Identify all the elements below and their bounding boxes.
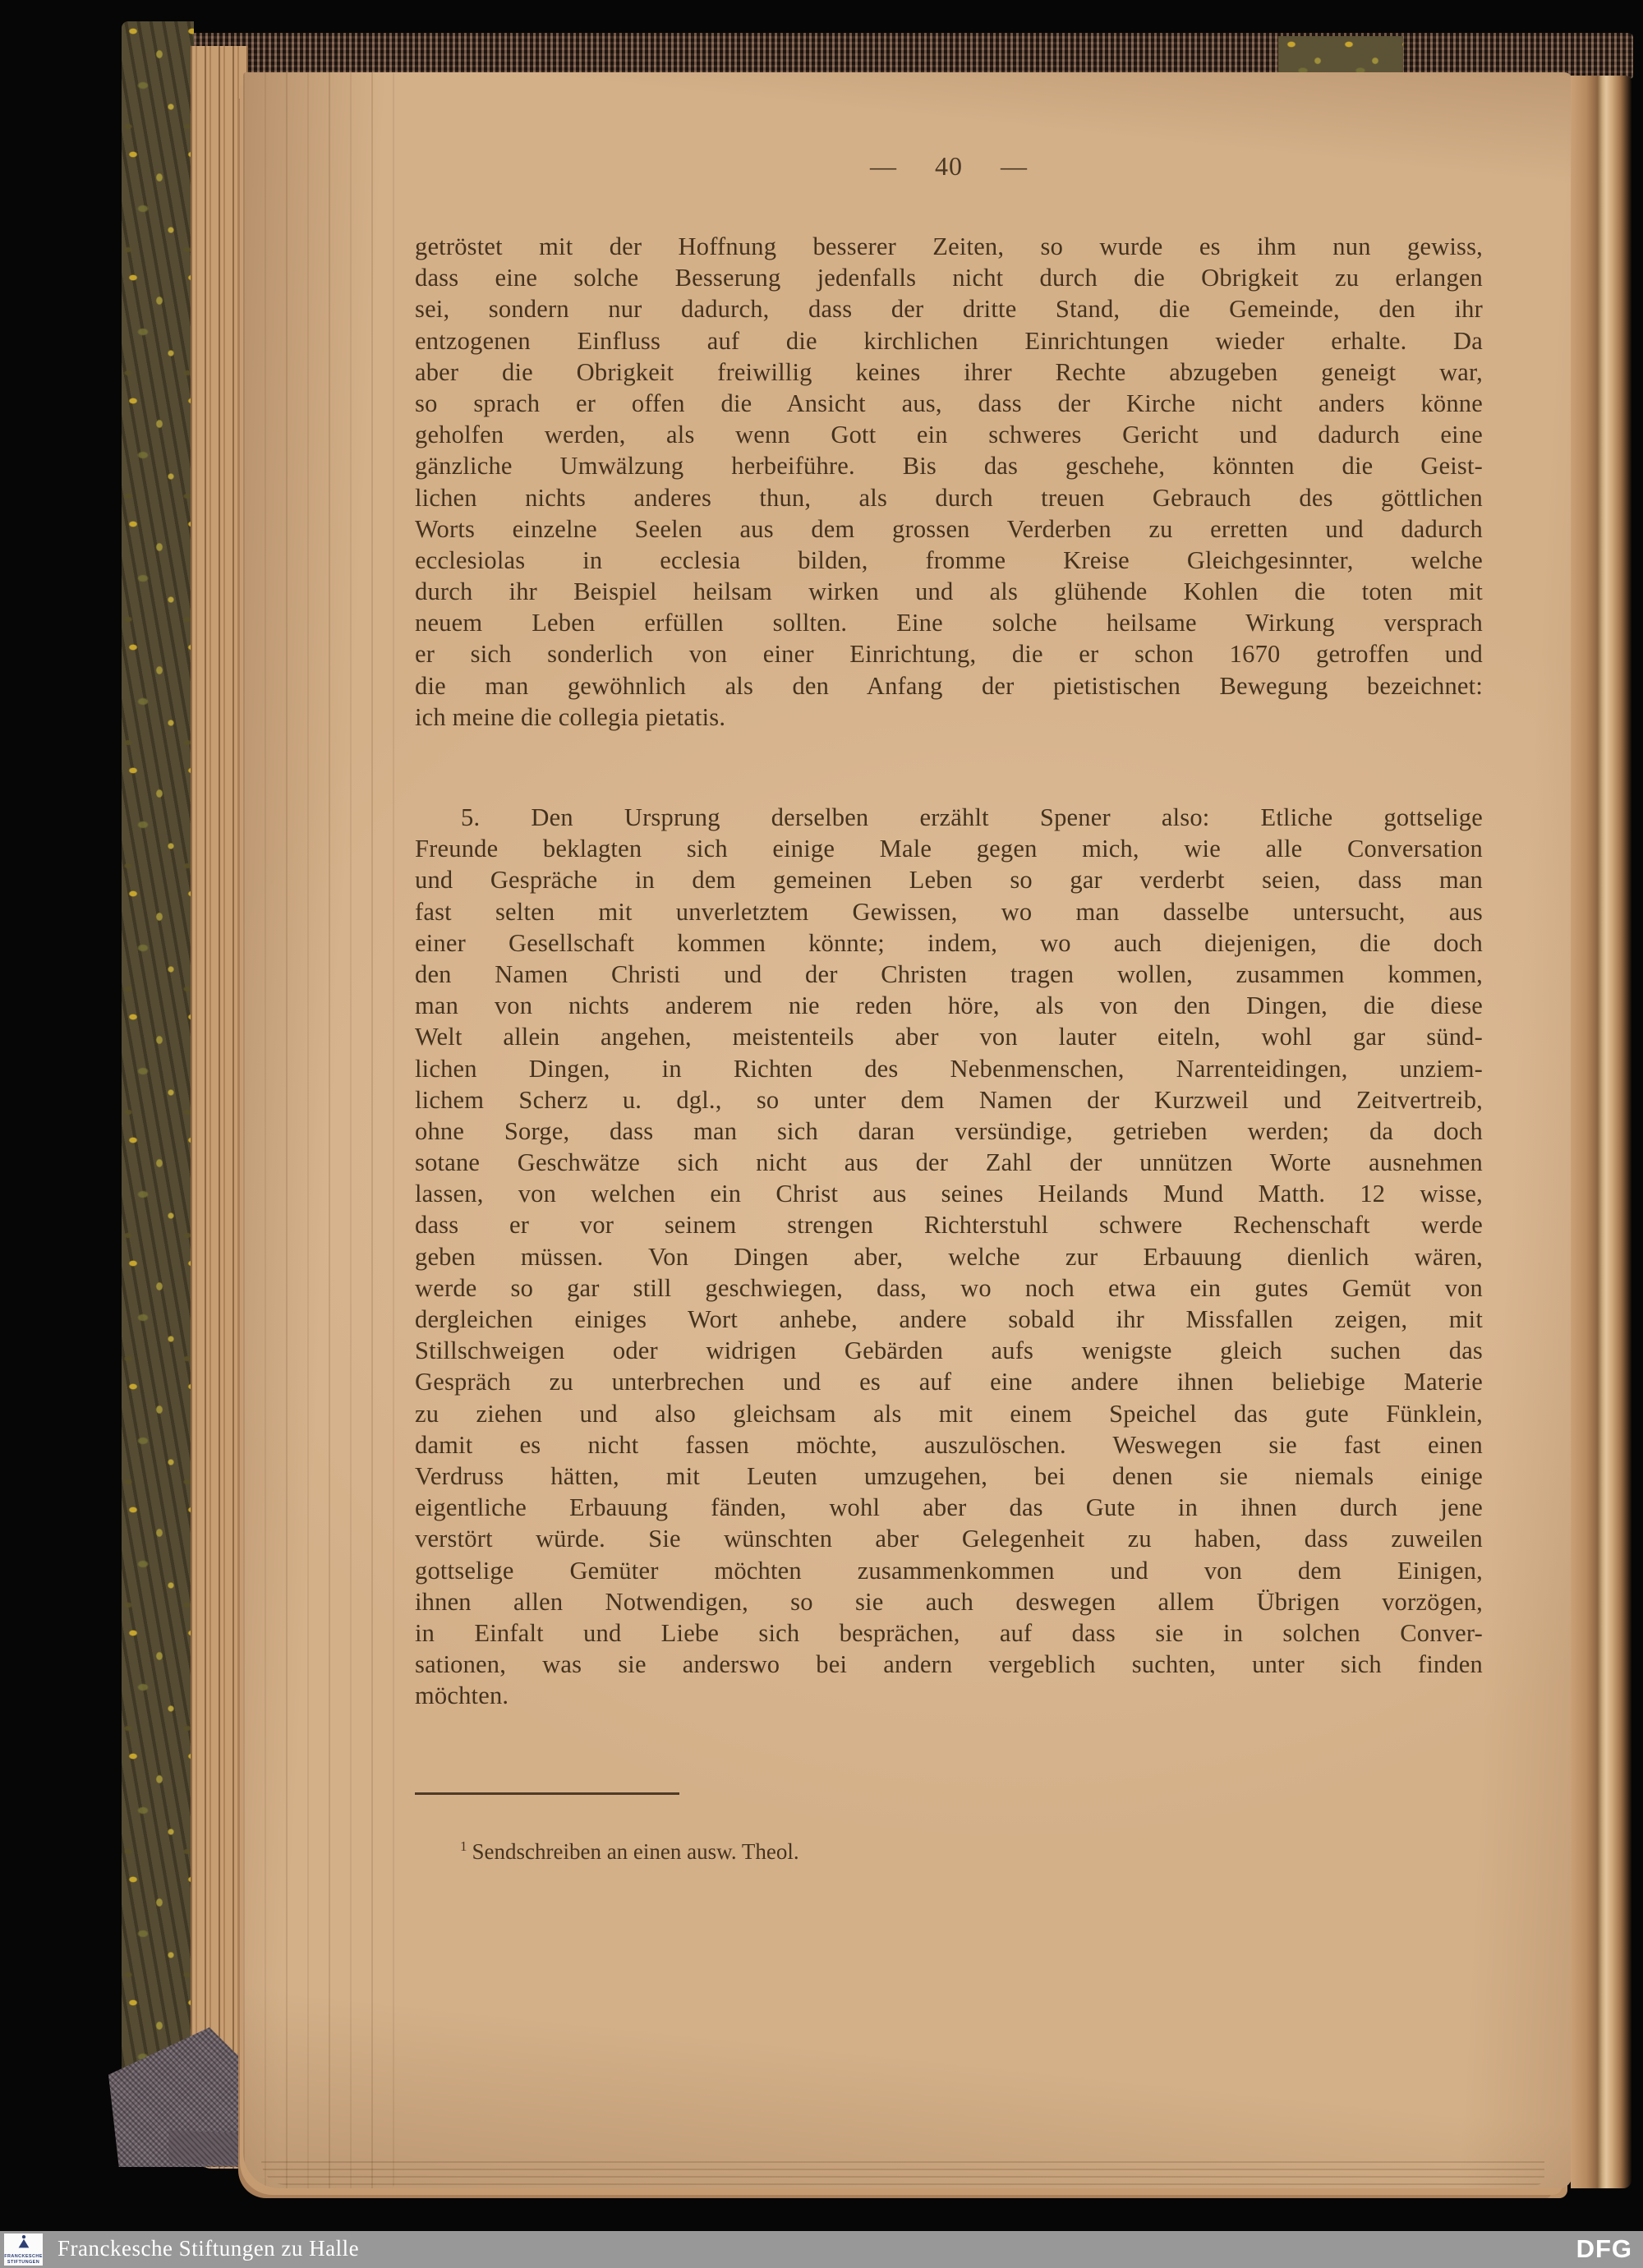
- text-line: eigentliche Erbauung fänden, wohl aber d…: [415, 1492, 1483, 1523]
- text-line: fast selten mit unverletztem Gewissen, w…: [415, 896, 1483, 927]
- text-line: Stillschweigen oder widrigen Gebärden au…: [415, 1335, 1483, 1366]
- text-line: geben müssen. Von Dingen aber, welche zu…: [415, 1241, 1483, 1272]
- text-line: möchten.: [415, 1680, 1483, 1711]
- footnote-text: Sendschreiben an einen ausw. Theol.: [472, 1839, 799, 1864]
- text-line: ich meine die collegia pietatis.: [415, 702, 1483, 733]
- text-line: einer Gesellschaft kommen könnte; indem,…: [415, 927, 1483, 959]
- text-line: in Einfalt und Liebe sich besprächen, au…: [415, 1617, 1483, 1649]
- page-number: —40—: [415, 151, 1483, 182]
- text-line: Gespräch zu unterbrechen und es auf eine…: [415, 1366, 1483, 1397]
- text-line: verstört würde. Sie wünschten aber Geleg…: [415, 1523, 1483, 1554]
- page-number-value: 40: [935, 151, 963, 181]
- text-line: lichen nichts anderes thun, als durch tr…: [415, 482, 1483, 513]
- text-line: Worts einzelne Seelen aus dem grossen Ve…: [415, 513, 1483, 545]
- text-line: die man gewöhnlich als den Anfang der pi…: [415, 670, 1483, 702]
- text-line: und Gespräche in dem gemeinen Leben so g…: [415, 864, 1483, 895]
- page-content: —40— getröstet mit der Hoffnung besserer…: [0, 0, 1643, 2268]
- text-line: ecclesiolas in ecclesia bilden, fromme K…: [415, 545, 1483, 576]
- text-line: lassen, von welchen ein Christ aus seine…: [415, 1178, 1483, 1209]
- footnote-marker: 1: [460, 1838, 467, 1854]
- text-line: dergleichen einiges Wort anhebe, andere …: [415, 1304, 1483, 1335]
- text-line: Freunde beklagten sich einige Male gegen…: [415, 833, 1483, 864]
- text-line: dass er vor seinem strengen Richterstuhl…: [415, 1209, 1483, 1240]
- text-line: man von nichts anderem nie reden höre, a…: [415, 990, 1483, 1021]
- text-line: gänzliche Umwälzung herbeiführe. Bis das…: [415, 450, 1483, 481]
- text-line: ihnen allen Notwendigen, so sie auch des…: [415, 1586, 1483, 1617]
- paragraph-section-5: 5. Den Ursprung derselben erzählt Spener…: [415, 802, 1483, 1711]
- text-line: entzogenen Einfluss auf die kirchlichen …: [415, 325, 1483, 357]
- text-line: werde so gar still geschwiegen, dass, wo…: [415, 1272, 1483, 1304]
- text-line: neuem Leben erfüllen sollten. Eine solch…: [415, 607, 1483, 638]
- franckesche-eagle-icon: [15, 2234, 33, 2253]
- footnote: 1Sendschreiben an einen ausw. Theol.: [460, 1838, 1479, 1865]
- text-line: sotane Geschwätze sich nicht aus der Zah…: [415, 1147, 1483, 1178]
- text-line: damit es nicht fassen möchte, auszulösch…: [415, 1429, 1483, 1461]
- text-line: getröstet mit der Hoffnung besserer Zeit…: [415, 231, 1483, 262]
- scanned-book-photo: —40— getröstet mit der Hoffnung besserer…: [0, 0, 1643, 2268]
- footnote-divider: [415, 1792, 679, 1795]
- text-line: durch ihr Beispiel heilsam wirken und al…: [415, 576, 1483, 607]
- text-line: gottselige Gemüter möchten zusammenkomme…: [415, 1555, 1483, 1586]
- text-line: 5. Den Ursprung derselben erzählt Spener…: [415, 802, 1483, 833]
- text-line: er sich sonderlich von einer Einrichtung…: [415, 638, 1483, 669]
- watermark-label: Franckesche Stiftungen zu Halle: [58, 2236, 359, 2261]
- text-line: geholfen werden, als wenn Gott ein schwe…: [415, 419, 1483, 450]
- text-line: den Namen Christi und der Christen trage…: [415, 959, 1483, 990]
- text-line: sationen, was sie anderswo bei andern ve…: [415, 1649, 1483, 1680]
- watermark-bar: FRANCKESCHE STIFTUNGEN Franckesche Stift…: [0, 2231, 1643, 2268]
- franckesche-logo-caption-line1: FRANCKESCHE: [4, 2254, 43, 2259]
- franckesche-stiftungen-logo: FRANCKESCHE STIFTUNGEN: [4, 2233, 43, 2266]
- paragraph-continued: getröstet mit der Hoffnung besserer Zeit…: [415, 231, 1483, 733]
- text-line: so sprach er offen die Ansicht aus, dass…: [415, 388, 1483, 419]
- text-line: zu ziehen und also gleichsam als mit ein…: [415, 1398, 1483, 1429]
- text-line: Verdruss hätten, mit Leuten umzugehen, b…: [415, 1461, 1483, 1492]
- text-line: sei, sondern nur dadurch, dass der dritt…: [415, 293, 1483, 324]
- text-line: Welt allein angehen, meistenteils aber v…: [415, 1021, 1483, 1052]
- text-line: ohne Sorge, dass man sich daran versündi…: [415, 1116, 1483, 1147]
- page-number-dash-right: —: [1001, 151, 1028, 181]
- text-line: aber die Obrigkeit freiwillig keines ihr…: [415, 357, 1483, 388]
- dfg-logo: DFG: [1576, 2234, 1632, 2264]
- franckesche-logo-caption-line2: STIFTUNGEN: [7, 2260, 39, 2265]
- page-number-dash-left: —: [870, 151, 897, 181]
- text-line: dass eine solche Besserung jedenfalls ni…: [415, 262, 1483, 293]
- text-line: lichem Scherz u. dgl., so unter dem Name…: [415, 1084, 1483, 1116]
- text-line: lichen Dingen, in Richten des Nebenmensc…: [415, 1053, 1483, 1084]
